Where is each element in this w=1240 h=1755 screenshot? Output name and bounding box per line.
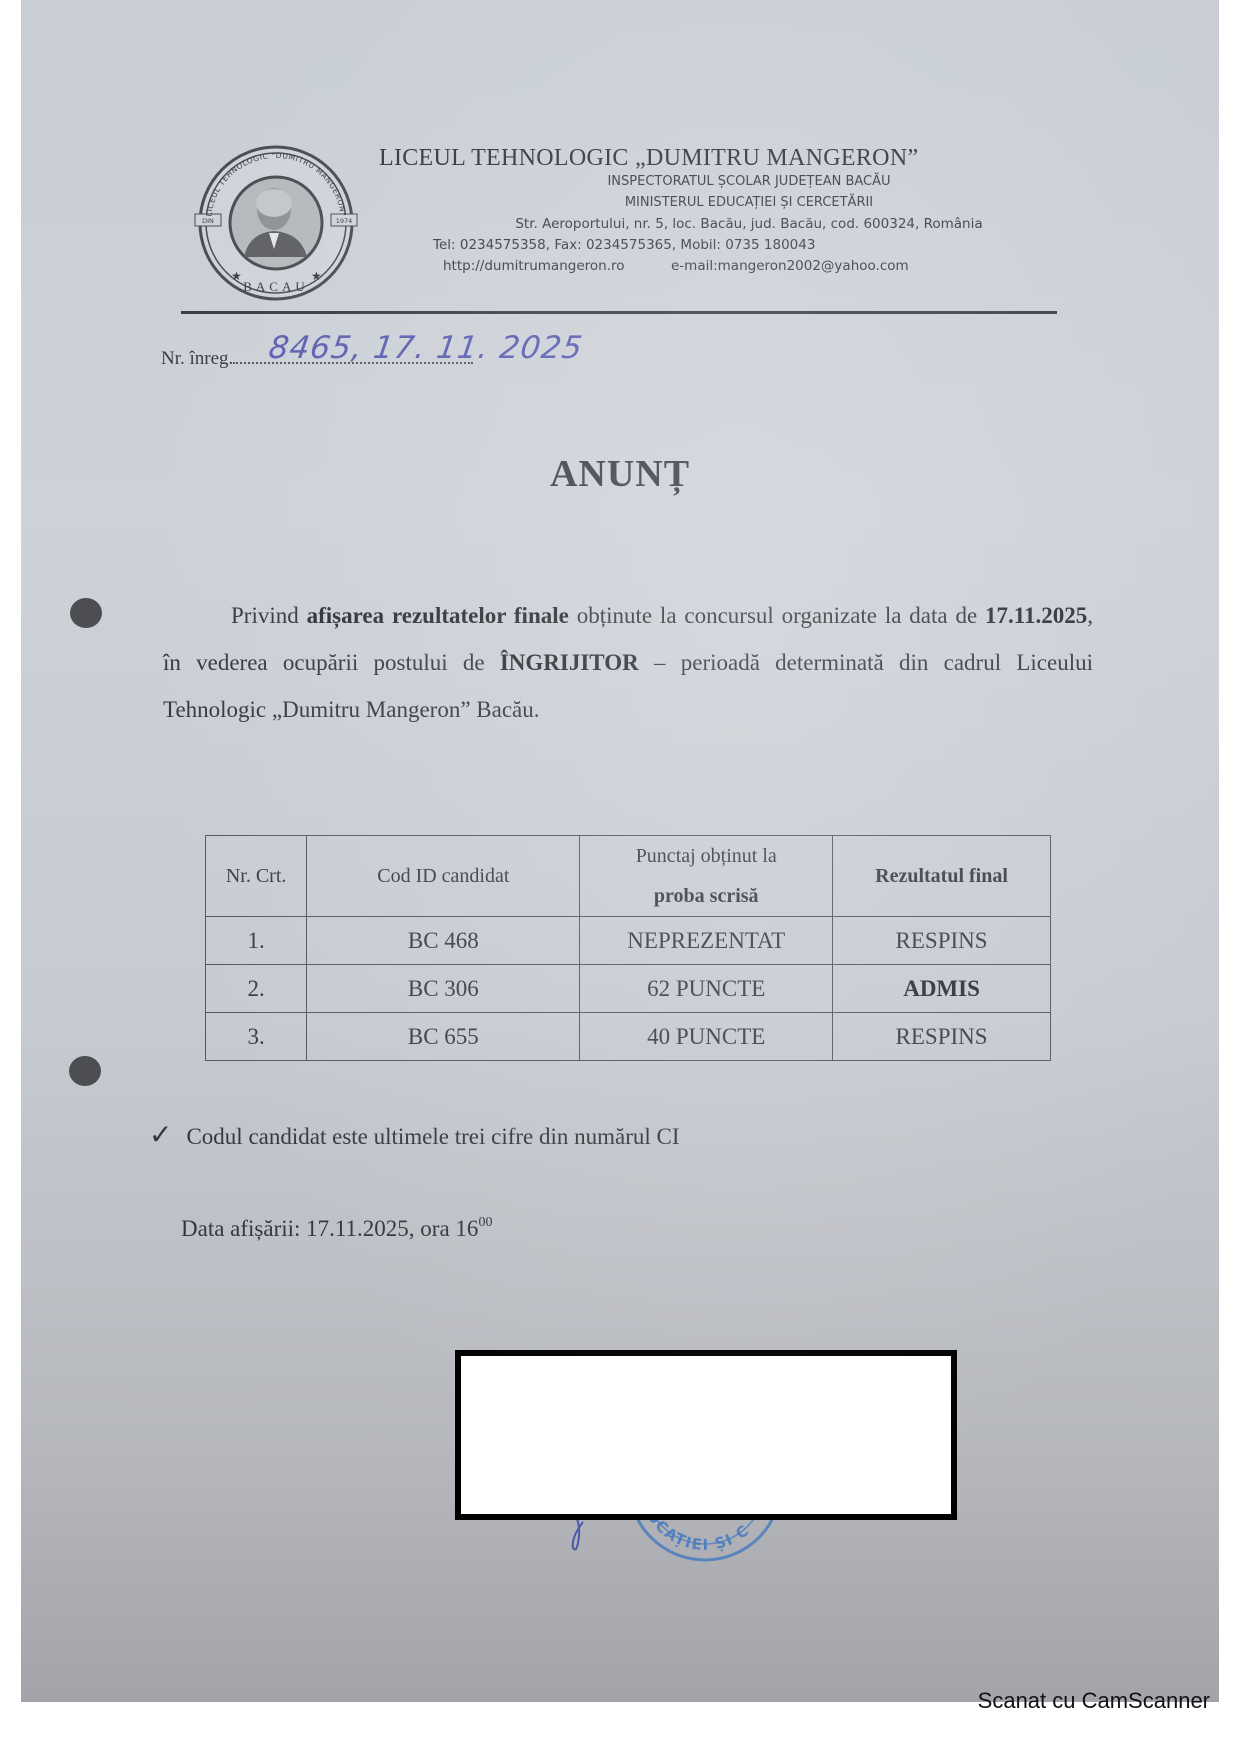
svg-text:DIN: DIN [202,217,214,225]
candidate-code-note: ✓Codul candidat este ultimele trei cifre… [149,1118,680,1151]
emphasis-date: 17.11.2025 [985,603,1087,628]
cell-rezultat: RESPINS [833,1013,1051,1061]
email-link[interactable]: e-mail:mangeron2002@yahoo.com [671,258,1219,274]
svg-text:BACAU: BACAU [243,279,309,294]
header-nr: Nr. Crt. [206,836,307,917]
school-contact-block: INSPECTORATUL ȘCOLAR JUDEȚEAN BACĂU MINI… [419,174,1079,284]
display-date: Data afișării: 17.11.2025, ora 1600 [181,1215,492,1242]
table-header-row: Nr. Crt. Cod ID candidat Punctaj obținut… [206,836,1051,917]
svg-text:★: ★ [231,269,242,283]
emphasis-results: afișarea rezultatelor finale [307,603,569,628]
checkmark-icon: ✓ [149,1118,172,1151]
header-punctaj: Punctaj obținut la proba scrisă [580,836,833,917]
address-line: Str. Aeroportului, nr. 5, loc. Bacău, ju… [419,216,1079,232]
header-cod: Cod ID candidat [307,836,580,917]
cell-rezultat: RESPINS [833,917,1051,965]
scanned-page: DIN 1974 LICEUL TEHNOLOGIC "DUMITRU MANG… [21,0,1219,1702]
phone-line: Tel: 0234575358, Fax: 0234575365, Mobil:… [433,237,1093,253]
emphasis-position: ÎNGRIJITOR [500,650,639,675]
cell-cod: BC 468 [307,917,580,965]
cell-punctaj: NEPREZENTAT [580,917,833,965]
svg-text:1974: 1974 [336,217,353,225]
inspectorate-line: INSPECTORATUL ȘCOLAR JUDEȚEAN BACĂU [419,174,1079,189]
header-divider [181,311,1057,314]
table-row: 3. BC 655 40 PUNCTE RESPINS [206,1013,1051,1061]
announcement-paragraph: Privind afișarea rezultatelor finale obț… [163,592,1093,733]
registration-handwritten-value: 8465, 17. 11. 2025 [266,330,585,366]
school-name: LICEUL TEHNOLOGIC „DUMITRU MANGERON” [379,145,918,172]
table-row: 2. BC 306 62 PUNCTE ADMIS [206,965,1051,1013]
punch-hole-icon [69,1056,101,1086]
cell-nr: 1. [206,917,307,965]
scanner-watermark: Scanat cu CamScanner [978,1688,1210,1714]
punch-hole-icon [70,598,102,628]
cell-nr: 3. [206,1013,307,1061]
table-row: 1. BC 468 NEPREZENTAT RESPINS [206,917,1051,965]
registration-label: Nr. înreg. [161,348,233,369]
cell-rezultat: ADMIS [833,965,1051,1013]
cell-punctaj: 62 PUNCTE [580,965,833,1013]
cell-punctaj: 40 PUNCTE [580,1013,833,1061]
page-title: ANUNȚ [21,452,1219,496]
note-text: Codul candidat este ultimele trei cifre … [186,1124,679,1149]
school-logo: DIN 1974 LICEUL TEHNOLOGIC "DUMITRU MANG… [189,145,363,301]
redacted-signature-box [455,1350,957,1520]
cell-cod: BC 306 [307,965,580,1013]
header-rezultat: Rezultatul final [833,836,1051,917]
ministry-line: MINISTERUL EDUCAȚIEI ȘI CERCETĂRII [419,195,1079,210]
svg-text:★: ★ [311,269,322,283]
cell-cod: BC 655 [307,1013,580,1061]
results-table: Nr. Crt. Cod ID candidat Punctaj obținut… [205,835,1051,1061]
cell-nr: 2. [206,965,307,1013]
